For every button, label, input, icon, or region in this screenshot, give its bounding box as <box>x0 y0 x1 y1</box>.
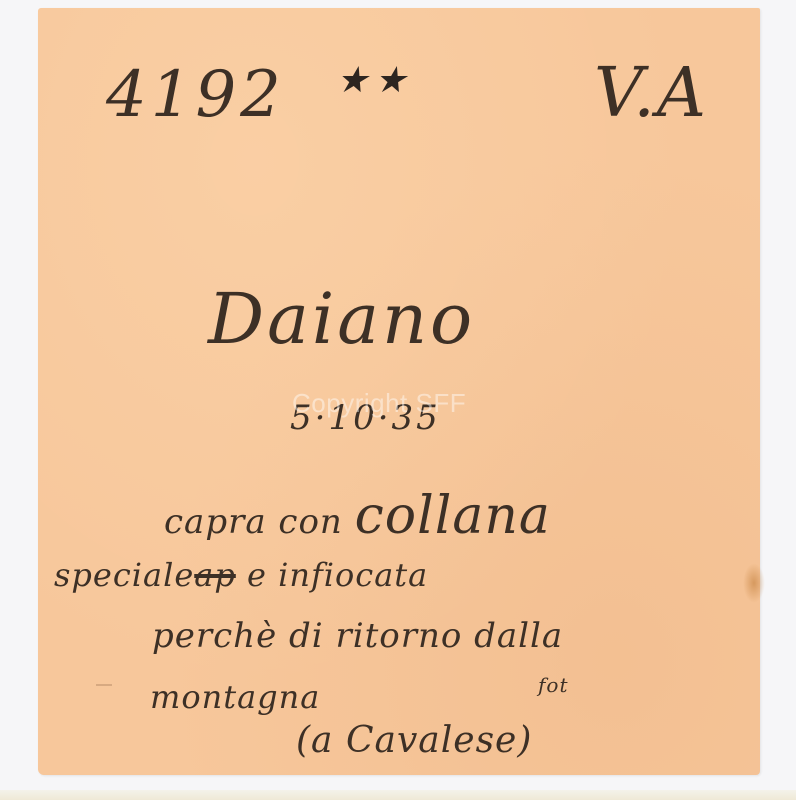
description-line-3: perchè di ritorno dalla <box>152 616 563 656</box>
faint-pencil-mark <box>96 684 112 686</box>
description-line-5: (a Cavalese) <box>296 720 532 761</box>
description-line-2: specialeap e infiocata <box>54 556 428 594</box>
annotation-fot: fot <box>538 673 568 697</box>
struck-text: ap <box>194 556 236 594</box>
description-emphasis: collana <box>355 486 551 546</box>
description-text: capra con <box>164 502 343 542</box>
description-text: e infiocata <box>247 556 428 594</box>
corner-code: V.A <box>594 54 708 133</box>
archival-label-card: 4192 ★★ V.A Daiano 5·10·35 capra con col… <box>38 8 760 775</box>
description-line-1: capra con collana <box>164 486 551 546</box>
background-strip <box>0 790 796 800</box>
description-line-4: montagna <box>150 678 320 716</box>
paper-stain <box>743 563 765 603</box>
copyright-watermark: Copyright SFF <box>292 388 466 419</box>
catalog-number: 4192 <box>106 58 285 132</box>
description-text: speciale <box>54 556 194 594</box>
place-name: Daiano <box>208 278 475 360</box>
catalog-star-marks: ★★ <box>336 60 413 101</box>
